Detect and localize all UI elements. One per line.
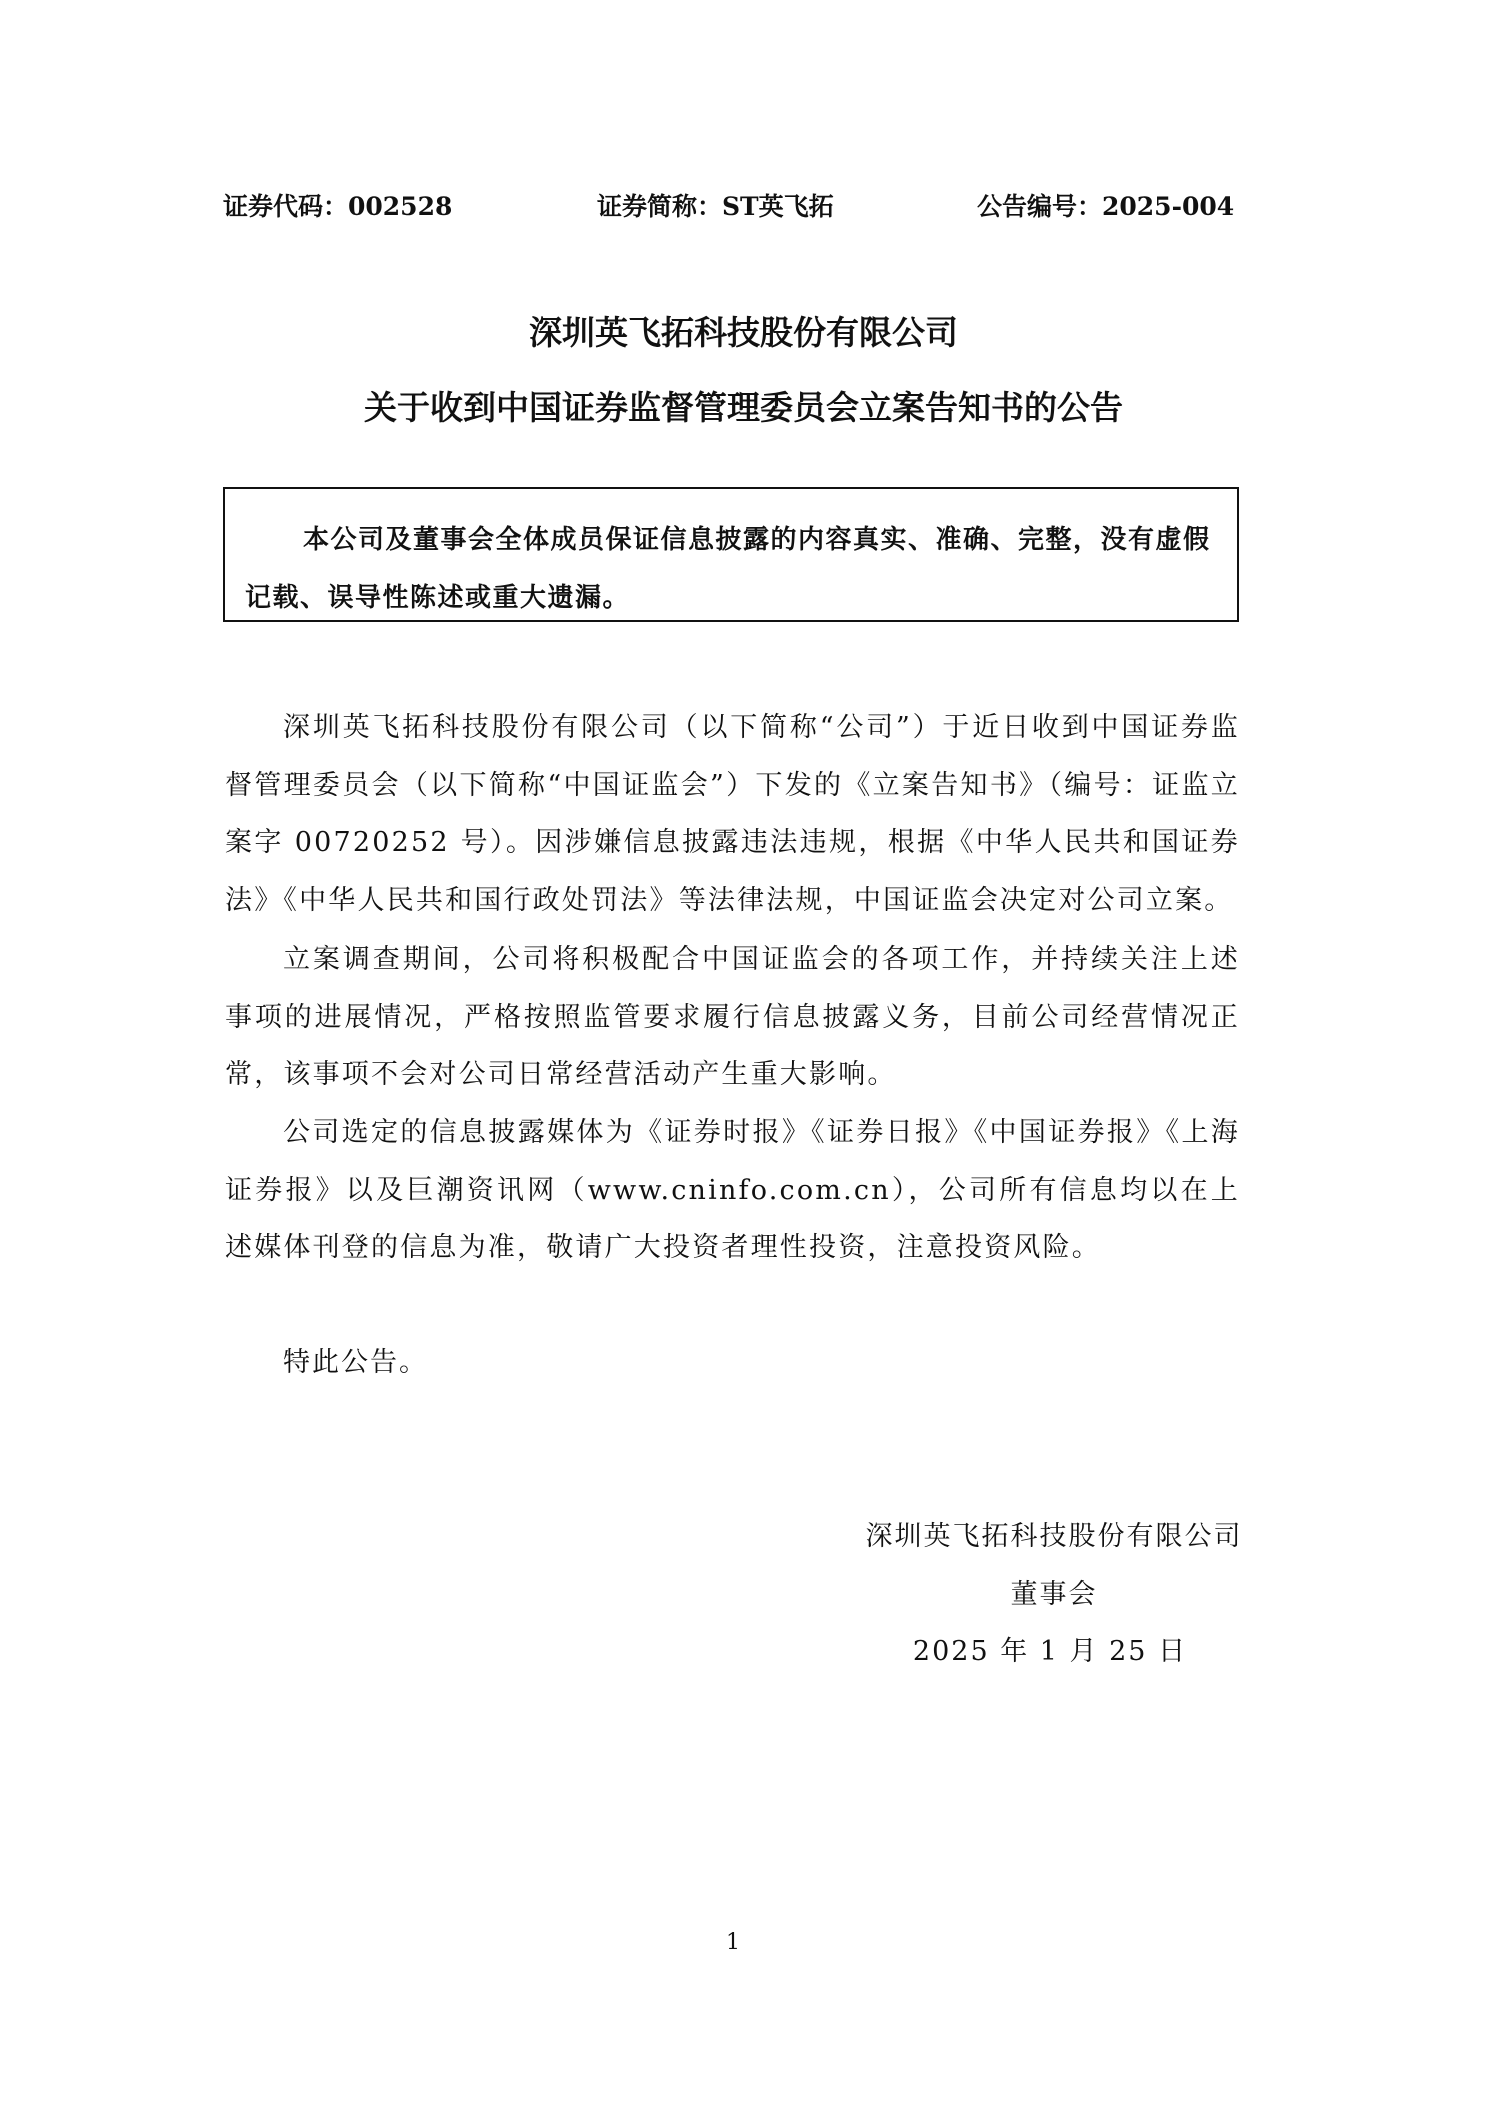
announcement-header: 证券代码：002528 证券简称：ST英飞拓 公告编号：2025-004 bbox=[223, 190, 1243, 224]
document-page: 证券代码：002528 证券简称：ST英飞拓 公告编号：2025-004 深圳英… bbox=[0, 0, 1487, 2105]
signature-board: 董事会 bbox=[860, 1566, 1248, 1624]
announcement-title: 关于收到中国证券监督管理委员会立案告知书的公告 bbox=[0, 386, 1487, 430]
closing-statement: 特此公告。 bbox=[283, 1334, 428, 1392]
body-paragraph-1: 深圳英飞拓科技股份有限公司（以下简称“公司”）于近日收到中国证券监督管理委员会（… bbox=[225, 699, 1240, 930]
signature-company: 深圳英飞拓科技股份有限公司 bbox=[860, 1508, 1248, 1566]
security-code: 证券代码：002528 bbox=[223, 190, 452, 224]
disclaimer-text: 本公司及董事会全体成员保证信息披露的内容真实、准确、完整，没有虚假记载、误导性陈… bbox=[245, 511, 1220, 627]
body-paragraph-2: 立案调查期间，公司将积极配合中国证监会的各项工作，并持续关注上述事项的进展情况，… bbox=[225, 931, 1240, 1104]
announcement-number: 公告编号：2025-004 bbox=[977, 190, 1234, 224]
body-paragraph-3: 公司选定的信息披露媒体为《证券时报》《证券日报》《中国证券报》《上海证券报》以及… bbox=[225, 1104, 1240, 1277]
page-number: 1 bbox=[713, 1928, 753, 1958]
security-abbreviation: 证券简称：ST英飞拓 bbox=[597, 190, 834, 224]
signature-date: 2025 年 1 月 25 日 bbox=[860, 1623, 1240, 1681]
disclaimer-box: 本公司及董事会全体成员保证信息披露的内容真实、准确、完整，没有虚假记载、误导性陈… bbox=[223, 487, 1239, 622]
company-title: 深圳英飞拓科技股份有限公司 bbox=[0, 311, 1487, 355]
